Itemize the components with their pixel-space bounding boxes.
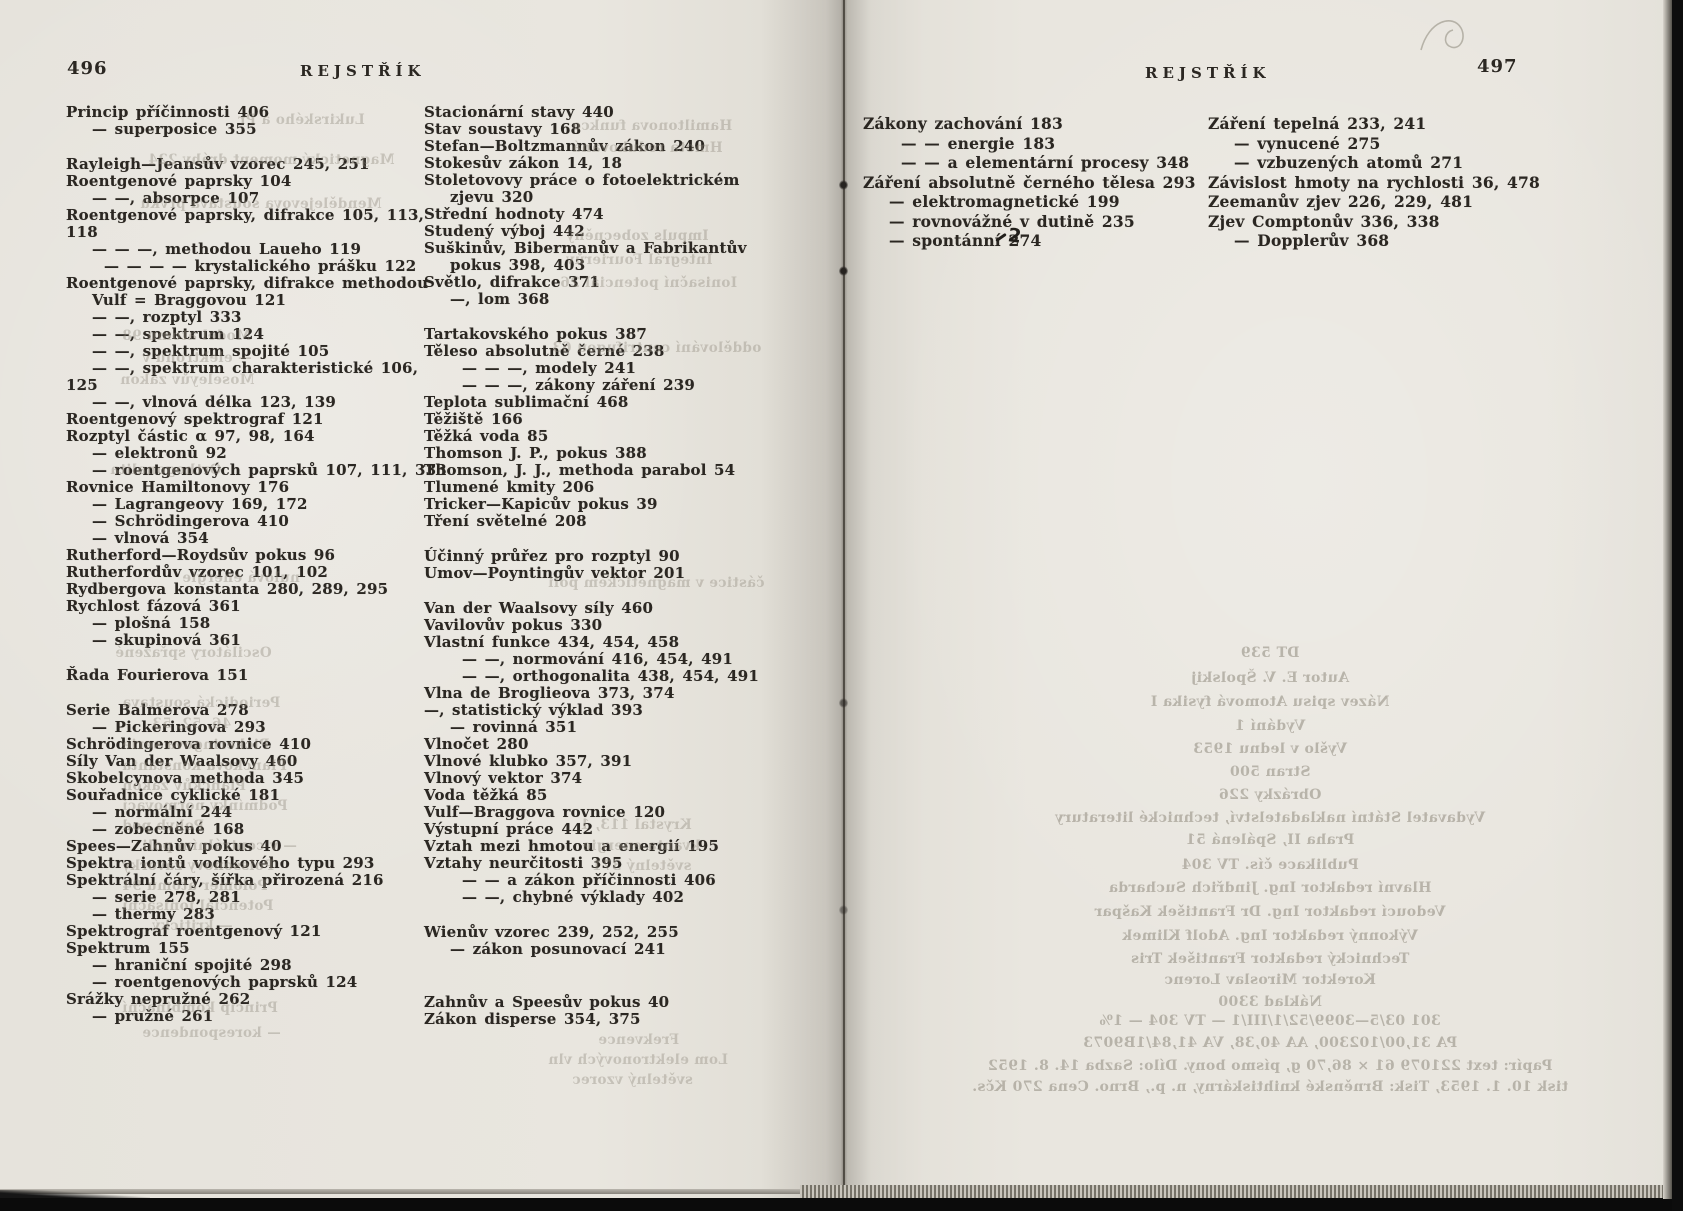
index-entry: — —, orthogonalita 438, 454, 491: [424, 668, 759, 685]
blank-line: [66, 684, 447, 702]
index-entry: Výstupní práce 442: [424, 821, 759, 838]
index-entry: — —, spektrum spojité 105: [66, 343, 447, 360]
index-entry: Zákony zachování 183: [863, 114, 1196, 134]
bleedthrough-colophon-line: DT 539: [890, 645, 1650, 661]
bleedthrough-text: světelný vzorec: [572, 1072, 693, 1088]
index-column-2: Stacionární stavy 440Stav soustavy 168St…: [424, 104, 759, 1028]
index-entry: — pružné 261: [66, 1008, 447, 1025]
index-entry: Vavilovův pokus 330: [424, 617, 759, 634]
index-entry: Roentgenové paprsky, difrakce methodou: [66, 275, 447, 292]
index-entry: — zobecněné 168: [66, 821, 447, 838]
page-edge-right: [1663, 0, 1672, 1199]
index-entry: Řada Fourierova 151: [66, 667, 447, 684]
index-entry: — elektronů 92: [66, 445, 447, 462]
index-entry: — — a elementární procesy 348: [863, 153, 1196, 173]
index-entry: — plošná 158: [66, 615, 447, 632]
index-entry: — —, rozptyl 333: [66, 309, 447, 326]
index-entry: — — —, modely 241: [424, 360, 759, 377]
index-entry: Rutherfordův vzorec 101, 102: [66, 564, 447, 581]
index-entry: Suškinův, Bibermanův a Fabrikantův: [424, 240, 759, 257]
index-entry: 125: [66, 377, 447, 394]
page-497: REJSTŘÍK 497 Zákony zachování 183— — ene…: [845, 0, 1671, 1199]
index-entry: — vzbuzených atomů 271: [1208, 153, 1540, 173]
index-entry: Tricker—Kapicův pokus 39: [424, 496, 759, 513]
index-entry: 118: [66, 224, 447, 241]
index-entry: Zeemanův zjev 226, 229, 481: [1208, 192, 1540, 212]
index-entry: — zákon posunovací 241: [424, 941, 759, 958]
index-entry: Vulf—Braggova rovnice 120: [424, 804, 759, 821]
bleedthrough-colophon-line: 301 03/5—3099/52/1/III/1 — TV 304 — 1%: [890, 1013, 1650, 1029]
binding-stitch: [839, 266, 848, 276]
index-entry: — rovinná 351: [424, 719, 759, 736]
index-entry: Skobelcynova methoda 345: [66, 770, 447, 787]
index-entry: Serie Balmerova 278: [66, 702, 447, 719]
index-entry: Spektrální čáry, šířka přirozená 216: [66, 872, 447, 889]
index-entry: Rovnice Hamiltonovy 176: [66, 479, 447, 496]
index-entry: Zjev Comptonův 336, 338: [1208, 212, 1540, 232]
index-entry: Srážky nepružné 262: [66, 991, 447, 1008]
pencil-squiggle: [1415, 10, 1495, 65]
index-entry: Vlnové klubko 357, 391: [424, 753, 759, 770]
index-entry: — — — — krystalického prášku 122: [66, 258, 447, 275]
index-entry: — rovnovážné v dutině 235: [863, 212, 1196, 232]
index-entry: Záření tepelná 233, 241: [1208, 114, 1540, 134]
index-entry: — Dopplerův 368: [1208, 231, 1540, 251]
index-entry: — Lagrangeovy 169, 172: [66, 496, 447, 513]
page-edges-texture: [800, 1185, 1671, 1199]
bleedthrough-colophon-line: Papír: text 221079 61 × 86,70 g, písmo b…: [890, 1058, 1650, 1074]
bleedthrough-colophon-line: Náklad 3300: [890, 994, 1650, 1010]
binding-stitch: [839, 905, 848, 915]
index-column-1: Princip příčinnosti 406— superposice 355…: [66, 104, 447, 1025]
blank-line: [424, 976, 759, 994]
index-entry: Rydbergova konstanta 280, 289, 295: [66, 581, 447, 598]
index-column-3: Zákony zachování 183— — energie 183— — a…: [863, 114, 1196, 251]
index-entry: Stoletovovy práce o fotoelektrickém: [424, 172, 759, 189]
bleedthrough-colophon-line: Korektor Miroslav Lorenc: [890, 972, 1650, 988]
index-entry: Účinný průřez pro rozptyl 90: [424, 548, 759, 565]
bleedthrough-colophon-line: Technický redaktor František Tris: [890, 951, 1650, 967]
index-entry: Umov—Poyntingův vektor 201: [424, 565, 759, 582]
index-entry: Spektrum 155: [66, 940, 447, 957]
blank-line: [424, 958, 759, 976]
index-entry: — superposice 355: [66, 121, 447, 138]
bleedthrough-colophon-line: Autor E. V. Špolskij: [890, 670, 1650, 686]
binding-stitch: [839, 180, 848, 190]
index-entry: — serie 278, 281: [66, 889, 447, 906]
index-entry: — skupinová 361: [66, 632, 447, 649]
index-entry: Thomson J. P., pokus 388: [424, 445, 759, 462]
index-entry: Roentgenový spektrograf 121: [66, 411, 447, 428]
index-entry: Roentgenové paprsky, difrakce 105, 113,: [66, 207, 447, 224]
index-entry: Závislost hmoty na rychlosti 36, 478: [1208, 173, 1540, 193]
page-number-left: 496: [67, 58, 108, 79]
bleedthrough-colophon-line: Vydání 1: [890, 718, 1650, 734]
index-entry: Vlnočet 280: [424, 736, 759, 753]
index-entry: Vztahy neurčitosti 395: [424, 855, 759, 872]
blank-line: [66, 138, 447, 156]
bleedthrough-colophon-line: Publikace čís. TV 304: [890, 857, 1650, 873]
index-entry: Vlnový vektor 374: [424, 770, 759, 787]
bleedthrough-colophon-line: Vedoucí redaktor Ing. Dr František Kašpa…: [890, 904, 1650, 920]
bleedthrough-text: Frekvence: [598, 1032, 679, 1048]
index-entry: Rozptyl částic α 97, 98, 164: [66, 428, 447, 445]
index-entry: — Schrödingerova 410: [66, 513, 447, 530]
index-entry: Rayleigh—Jeansův vzorec 245, 251: [66, 156, 447, 173]
index-entry: Vulf = Braggovou 121: [66, 292, 447, 309]
index-entry: Rutherford—Roydsův pokus 96: [66, 547, 447, 564]
index-entry: — — energie 183: [863, 134, 1196, 154]
index-entry: — —, vlnová délka 123, 139: [66, 394, 447, 411]
index-entry: Stokesův zákon 14, 18: [424, 155, 759, 172]
index-entry: — elektromagnetické 199: [863, 192, 1196, 212]
index-entry: Těleso absolutně černé 238: [424, 343, 759, 360]
index-entry: Rychlost fázová 361: [66, 598, 447, 615]
index-entry: Schrödingerova rovnice 410: [66, 736, 447, 753]
index-entry: — —, absorpce 107: [66, 190, 447, 207]
index-entry: — roentgenových paprsků 124: [66, 974, 447, 991]
index-entry: Wienův vzorec 239, 252, 255: [424, 924, 759, 941]
index-entry: — spontánní 274: [863, 231, 1196, 251]
bleedthrough-colophon-line: Praha II, Spálená 51: [890, 832, 1650, 848]
index-entry: Van der Waalsovy síly 460: [424, 600, 759, 617]
bleedthrough-colophon-line: Výkonný redaktor Ing. Adolf Klimek: [890, 928, 1650, 944]
bleedthrough-colophon-line: Vyšlo v lednu 1953: [890, 741, 1650, 757]
binding-stitch: [839, 698, 848, 708]
index-entry: — —, spektrum charakteristické 106,: [66, 360, 447, 377]
index-entry: Vlastní funkce 434, 454, 458: [424, 634, 759, 651]
bleedthrough-colophon-line: Vydavatel Státní nakladatelství, technic…: [890, 810, 1650, 826]
blank-line: [66, 649, 447, 667]
index-entry: Spektra iontů vodíkového typu 293: [66, 855, 447, 872]
book-scan-spread: 496 REJSTŘÍK Princip příčinnosti 406— su…: [0, 0, 1683, 1211]
index-entry: Síly Van der Waalsovy 460: [66, 753, 447, 770]
bleedthrough-text: Lom elektronových vln: [548, 1052, 728, 1068]
bleedthrough-colophon-line: tisk 10. 1. 1953, Tisk: Brněnské knihtis…: [890, 1079, 1650, 1095]
page-496: 496 REJSTŘÍK Princip příčinnosti 406— su…: [0, 0, 845, 1199]
blank-line: [424, 308, 759, 326]
index-entry: Stacionární stavy 440: [424, 104, 759, 121]
index-entry: Princip příčinnosti 406: [66, 104, 447, 121]
index-entry: — hraniční spojité 298: [66, 957, 447, 974]
index-entry: — vynucené 275: [1208, 134, 1540, 154]
index-entry: Souřadnice cyklické 181: [66, 787, 447, 804]
index-entry: Studený výboj 442: [424, 223, 759, 240]
index-entry: Vztah mezi hmotou a energií 195: [424, 838, 759, 855]
index-entry: Tlumené kmity 206: [424, 479, 759, 496]
index-entry: —, statistický výklad 393: [424, 702, 759, 719]
index-entry: — vlnová 354: [66, 530, 447, 547]
index-column-4: Záření tepelná 233, 241— vynucené 275— v…: [1208, 114, 1540, 251]
index-entry: —, lom 368: [424, 291, 759, 308]
index-entry: Tartakovského pokus 387: [424, 326, 759, 343]
index-entry: — — —, methodou Laueho 119: [66, 241, 447, 258]
bleedthrough-colophon-line: Název spisu Atomová fysika I: [890, 694, 1650, 710]
index-entry: Střední hodnoty 474: [424, 206, 759, 223]
index-entry: Voda těžká 85: [424, 787, 759, 804]
index-entry: — thermy 283: [66, 906, 447, 923]
bleedthrough-colophon-line: Stran 500: [890, 764, 1650, 780]
index-entry: — roentgenových paprsků 107, 111, 333: [66, 462, 447, 479]
bleedthrough-text: — korespondence: [142, 1025, 281, 1041]
running-head-left: REJSTŘÍK: [300, 62, 426, 80]
index-entry: Tření světelné 208: [424, 513, 759, 530]
index-entry: zjevu 320: [424, 189, 759, 206]
blank-line: [424, 906, 759, 924]
index-entry: — —, normování 416, 454, 491: [424, 651, 759, 668]
index-entry: Teplota sublimační 468: [424, 394, 759, 411]
index-entry: pokus 398, 403: [424, 257, 759, 274]
index-entry: Světlo, difrakce 371: [424, 274, 759, 291]
blank-line: [424, 582, 759, 600]
index-entry: Zákon disperse 354, 375: [424, 1011, 759, 1028]
blank-line: [424, 530, 759, 548]
index-entry: Thomson, J. J., methoda parabol 54: [424, 462, 759, 479]
index-entry: Stav soustavy 168: [424, 121, 759, 138]
index-entry: Spektrograf roentgenový 121: [66, 923, 447, 940]
bleedthrough-colophon-line: Obrázky 226: [890, 787, 1650, 803]
bleedthrough-colophon-line: Hlavní redaktor Ing. Jindřich Sucharda: [890, 880, 1650, 896]
index-entry: Zahnův a Speesův pokus 40: [424, 994, 759, 1011]
index-entry: Roentgenové paprsky 104: [66, 173, 447, 190]
index-entry: Těžká voda 85: [424, 428, 759, 445]
index-entry: — —, chybné výklady 402: [424, 889, 759, 906]
index-entry: Těžiště 166: [424, 411, 759, 428]
scan-background-bottom: [0, 1198, 1683, 1211]
index-entry: — — a zákon příčinnosti 406: [424, 872, 759, 889]
index-entry: — normální 244: [66, 804, 447, 821]
index-entry: Stefan—Boltzmannův zákon 240: [424, 138, 759, 155]
index-entry: — — —, zákony záření 239: [424, 377, 759, 394]
running-head-right: REJSTŘÍK: [1145, 64, 1271, 82]
index-entry: Záření absolutně černého tělesa 293: [863, 173, 1196, 193]
index-entry: — —, spektrum 124: [66, 326, 447, 343]
index-entry: Vlna de Broglieova 373, 374: [424, 685, 759, 702]
scan-background-right: [1672, 0, 1683, 1211]
index-entry: — Pickeringova 293: [66, 719, 447, 736]
bleedthrough-colophon-line: PA 31,00/102300, AA 40,38, VA 41,84/1B90…: [890, 1035, 1650, 1051]
index-entry: Spees—Zahnův pokus 40: [66, 838, 447, 855]
